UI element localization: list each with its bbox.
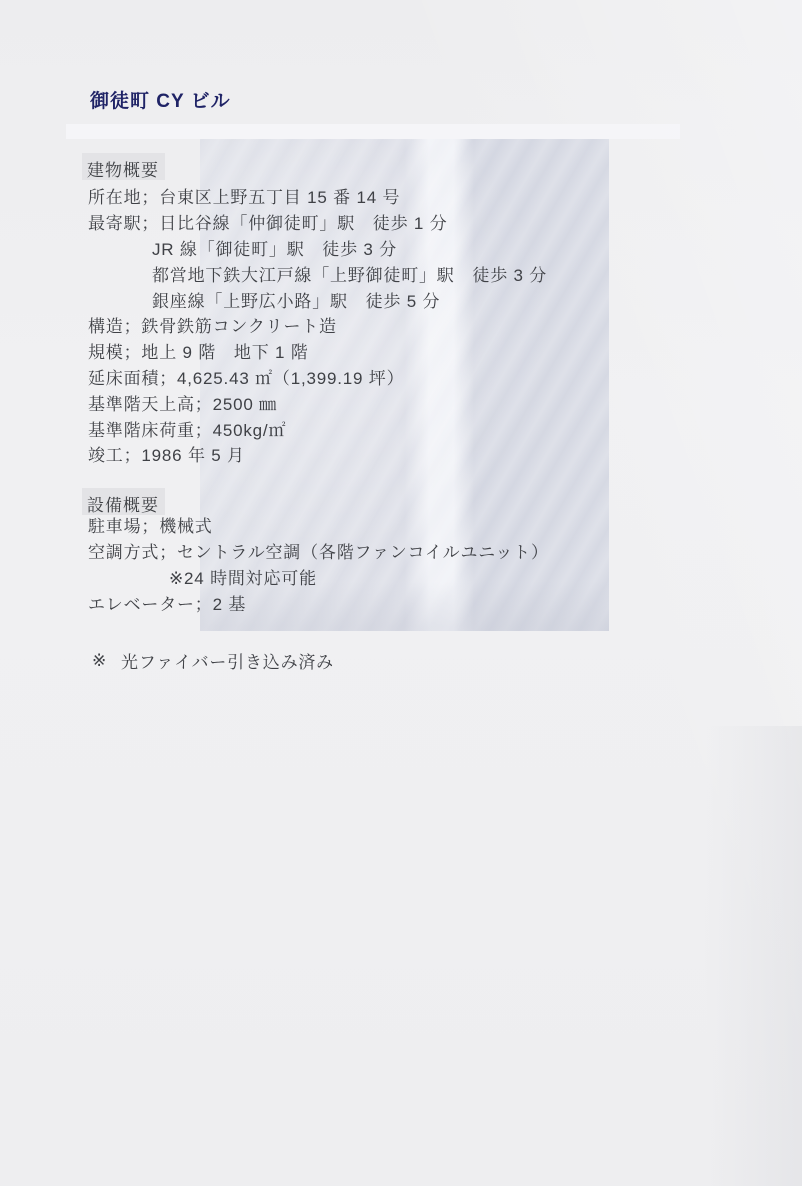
spec-line-elevator: エレベーター；2 基 — [88, 589, 762, 615]
spec-line-nearest-station-1: 最寄駅；日比谷線「仲御徒町」駅 徒歩 1 分 — [88, 209, 762, 235]
optical-fiber-footnote: ※ 光ファイバー引き込み済み — [92, 648, 334, 673]
spec-line-floor-area: 延床面積；4,625.43 ㎡（1,399.19 坪） — [88, 364, 762, 390]
spec-line-nearest-station-2: JR 線「御徒町」駅 徒歩 3 分 — [88, 235, 762, 261]
spec-line-air-conditioning: 空調方式；セントラル空調（各階ファンコイルユニット） — [88, 538, 762, 564]
spec-line-floor-load: 基準階床荷重；450kg/㎡ — [88, 415, 762, 441]
scanned-document-page: 御徒町 CY ビル 建物概要 所在地；台東区上野五丁目 15 番 14 号 最寄… — [0, 0, 802, 1186]
spec-line-address: 所在地；台東区上野五丁目 15 番 14 号 — [88, 183, 762, 209]
page-title: 御徒町 CY ビル — [90, 86, 231, 113]
spec-line-completion: 竣工；1986 年 5 月 — [88, 441, 762, 467]
spec-line-structure: 構造；鉄骨鉄筋コンクリート造 — [88, 312, 762, 338]
spec-line-24h-note: ※24 時間対応可能 — [88, 564, 762, 590]
footnote-text: 光ファイバー引き込み済み — [121, 648, 334, 673]
spec-line-scale: 規模；地上 9 階 地下 1 階 — [88, 338, 762, 364]
building-overview-list: 所在地；台東区上野五丁目 15 番 14 号 最寄駅；日比谷線「仲御徒町」駅 徒… — [88, 183, 762, 467]
facility-overview-list: 駐車場；機械式 空調方式；セントラル空調（各階ファンコイルユニット） ※24 時… — [88, 512, 762, 615]
spec-line-nearest-station-3: 都営地下鉄大江戸線「上野御徒町」駅 徒歩 3 分 — [88, 260, 762, 286]
section-heading-facility-overview: 設備概要 — [82, 488, 165, 515]
spec-line-parking: 駐車場；機械式 — [88, 512, 762, 538]
footnote-marker: ※ — [92, 651, 107, 671]
spec-line-ceiling-height: 基準階天上高；2500 ㎜ — [88, 389, 762, 415]
section-heading-building-overview: 建物概要 — [82, 153, 165, 180]
spec-line-nearest-station-4: 銀座線「上野広小路」駅 徒歩 5 分 — [88, 286, 762, 312]
scan-light-band — [66, 124, 680, 139]
